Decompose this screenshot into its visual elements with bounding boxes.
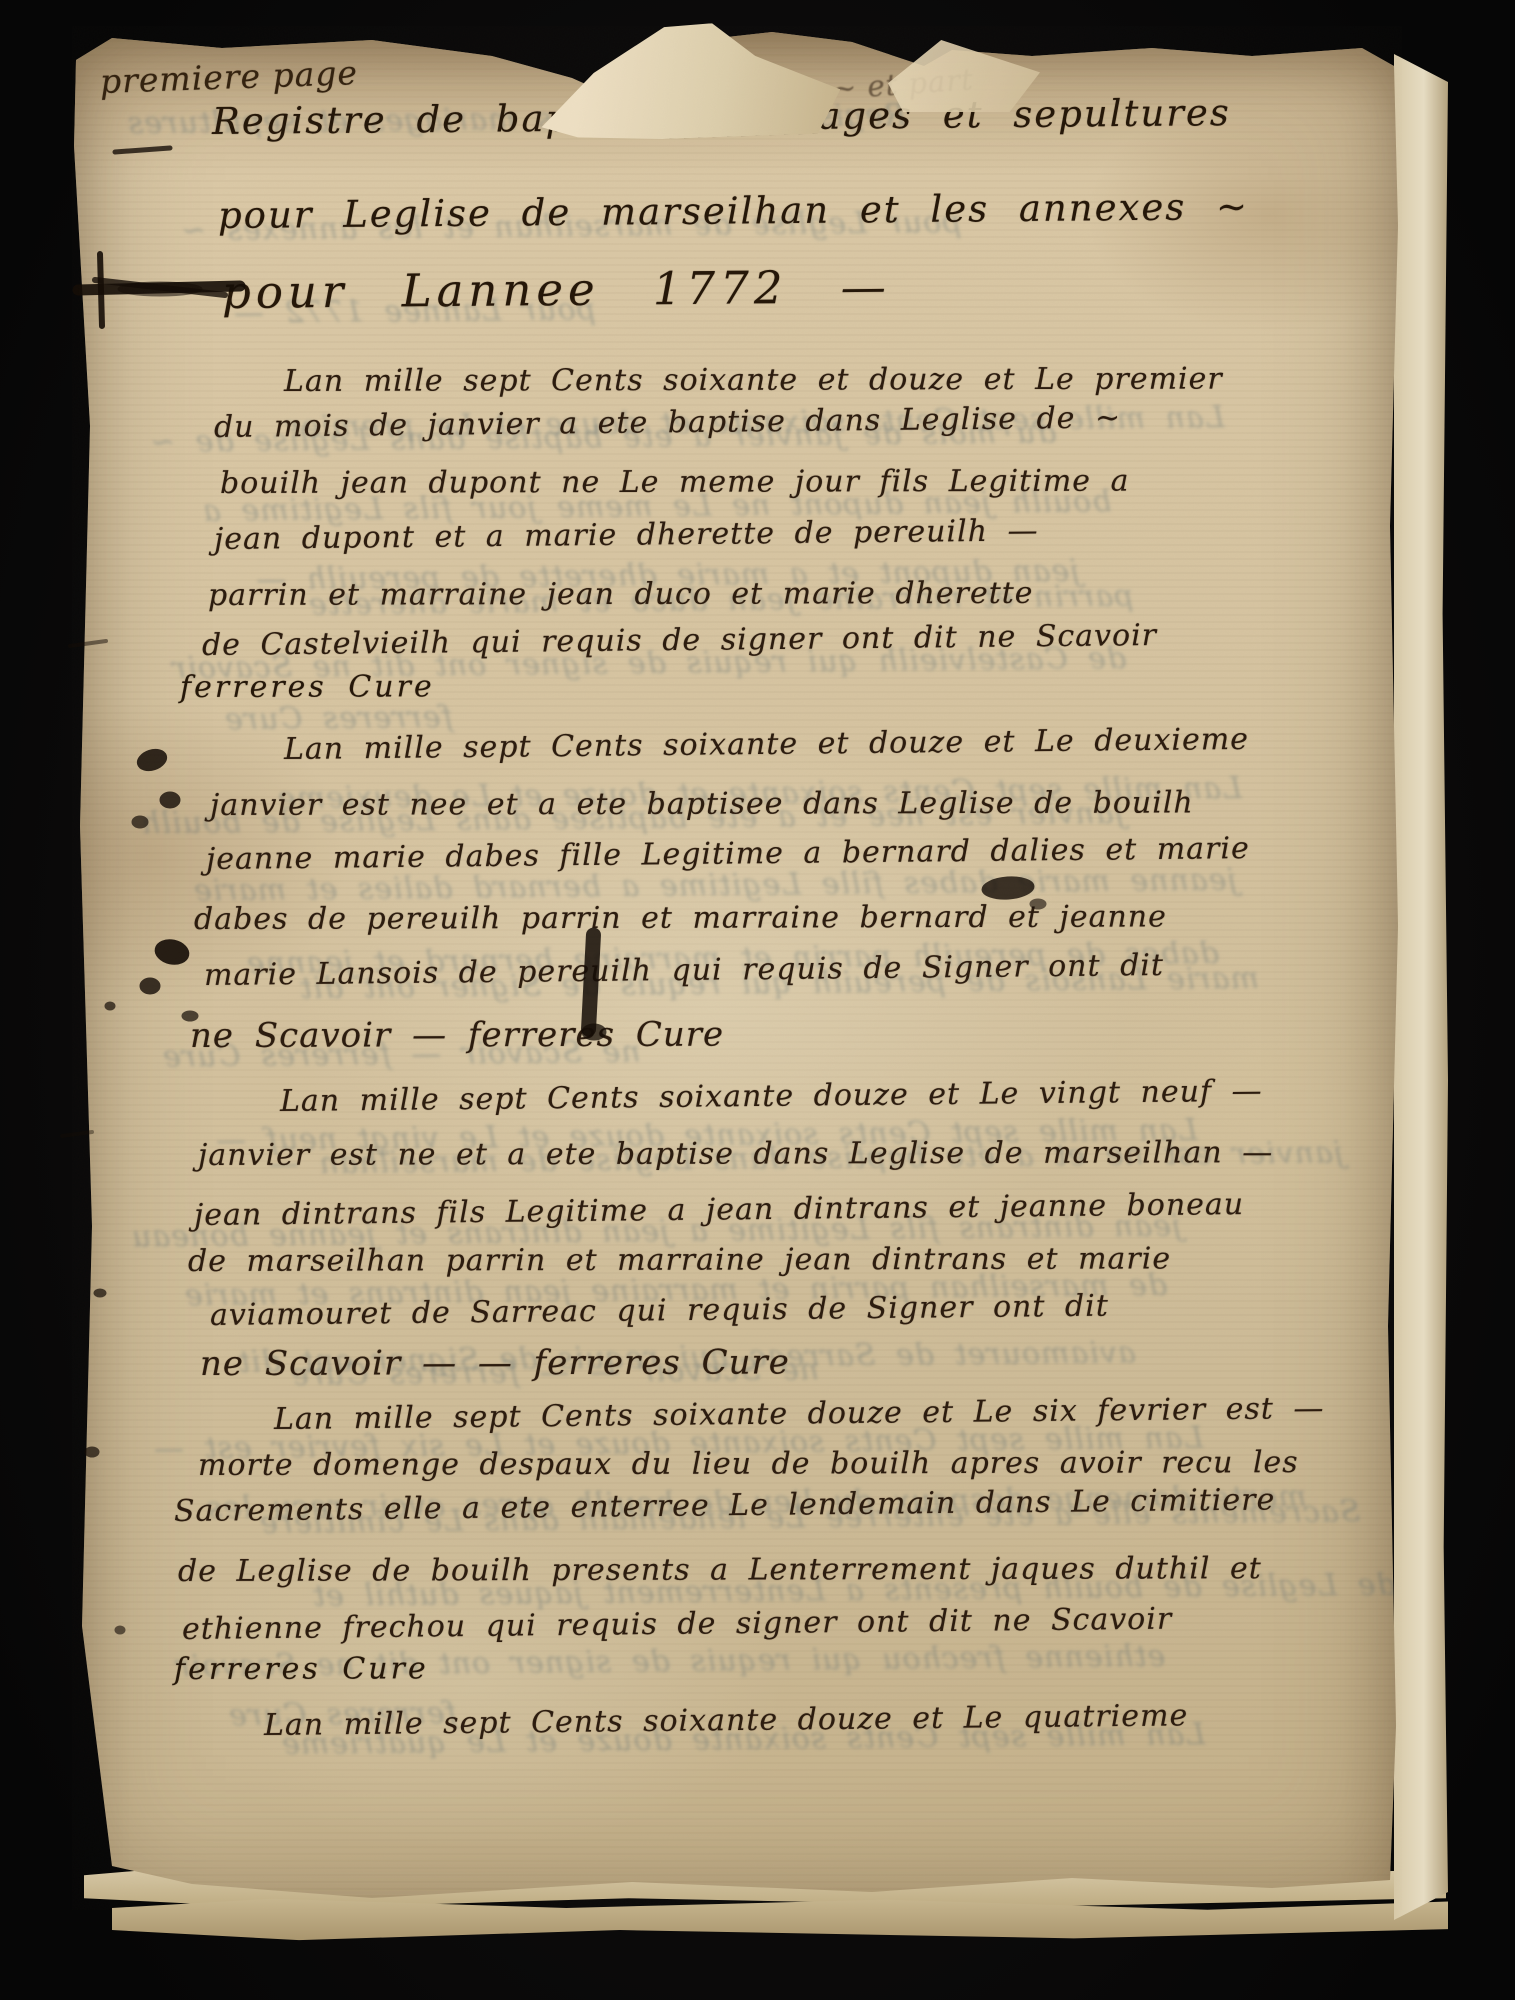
handwriting-layer: premiere page ~ et part Registre de bapt… <box>72 26 1402 1910</box>
entry-4-line-2: morte domenge despaux du lieu de bouilh … <box>198 1445 1299 1483</box>
entry-1-line-6: de Castelvieilh qui requis de signer ont… <box>202 618 1157 663</box>
photo-background: Registre de baptemes mariages et sepultu… <box>0 0 1515 2000</box>
entry-2-line-5: marie Lansois de pereuilh qui requis de … <box>204 948 1164 993</box>
entry-1-line-3: bouilh jean dupont ne Le meme jour fils … <box>220 464 1130 501</box>
entry-4-line-5: ethienne frechou qui requis de signer on… <box>182 1602 1173 1647</box>
entry-2-line-2: janvier est nee et a ete baptisee dans L… <box>210 785 1194 823</box>
page-edge-right <box>1394 54 1448 1920</box>
entry-3-line-3: jean dintrans fils Legitime a jean dintr… <box>194 1187 1244 1233</box>
title-line-3: pour Lannee 1772 — <box>222 260 891 319</box>
title-line-2: pour Leglise de marseilhan et les annexe… <box>218 185 1249 237</box>
torn-paper-fold <box>888 40 1040 112</box>
entry-3-line-1: Lan mille sept Cents soixante douze et L… <box>280 1074 1263 1119</box>
entry-1-line-1: Lan mille sept Cents soixante et douze e… <box>284 362 1223 399</box>
page-edge-bottom-2 <box>112 1896 1448 1942</box>
entry-2-line-1: Lan mille sept Cents soixante et douze e… <box>284 722 1249 767</box>
entry-4-signature: ferreres Cure <box>174 1651 429 1687</box>
entry-3-line-5: aviamouret de Sarreac qui requis de Sign… <box>210 1289 1109 1333</box>
entry-1-line-2: du mois de janvier a ete baptise dans Le… <box>214 401 1121 445</box>
entry-1-line-5: parrin et marraine jean duco et marie dh… <box>208 576 1034 613</box>
entry-3-line-6: ne Scavoir — — ferreres Cure <box>200 1342 790 1384</box>
entry-2-line-6: ne Scavoir — ferreres Cure <box>190 1015 724 1056</box>
entry-4-line-4: de Leglise de bouilh presents a Lenterre… <box>178 1551 1262 1589</box>
manuscript-sheet: Registre de baptemes mariages et sepultu… <box>72 26 1402 1910</box>
entry-4-line-1: Lan mille sept Cents soixante douze et L… <box>274 1391 1325 1437</box>
entry-3-line-4: de marseilhan parrin et marraine jean di… <box>188 1241 1171 1279</box>
entry-1-line-4: jean dupont et a marie dherette de pereu… <box>214 513 1039 557</box>
entry-5-line-1: Lan mille sept Cents soixante douze et L… <box>264 1698 1189 1743</box>
entry-2-line-4: dabes de pereuilh parrin et marraine ber… <box>194 899 1167 937</box>
entry-3-line-2: janvier est ne et a ete baptise dans Leg… <box>198 1135 1273 1173</box>
entry-1-signature: ferreres Cure <box>180 669 435 705</box>
entry-2-line-3: jeanne marie dabes fille Legitime a bern… <box>206 831 1250 877</box>
entry-4-line-3: Sacrements elle a ete enterree Le lendem… <box>174 1482 1276 1529</box>
annotation-premiere-page: premiere page <box>99 53 358 101</box>
